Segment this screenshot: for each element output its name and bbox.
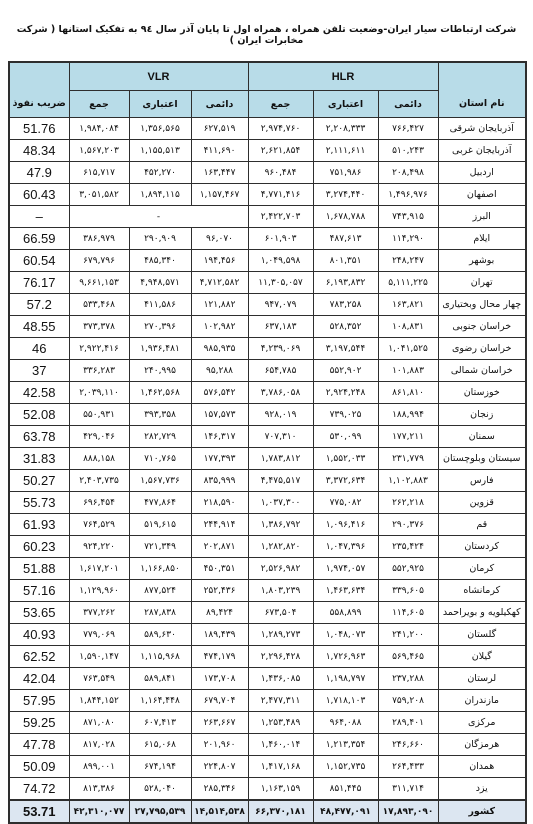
table-row: لرستان۲۳۷,۲۸۸۱,۱۹۸,۷۹۷۱,۴۳۶,۰۸۵۱۷۳,۷۰۸۵۸… (9, 668, 526, 690)
vlr-prepaid-cell: ۱,۹۳۶,۴۸۱ (129, 338, 191, 360)
column-header-hlr-permanent: دائمی (378, 91, 438, 118)
vlr-prepaid-cell: ۲۷,۷۹۵,۵۳۹ (129, 800, 191, 823)
province-name-cell: تهران (438, 272, 526, 294)
hlr-permanent-cell: ۸۶۱,۸۱۰ (378, 382, 438, 404)
vlr-permanent-cell: ۹۵,۲۸۸ (191, 360, 248, 382)
table-row: گیلان۵۶۹,۴۶۵۱,۷۲۶,۹۶۳۲,۲۹۶,۴۲۸۴۷۴,۱۷۹۱,۱… (9, 646, 526, 668)
hlr-sum-cell: ۶۳۷,۱۸۳ (248, 316, 313, 338)
table-row: همدان۲۶۴,۴۳۳۱,۱۵۲,۷۳۵۱,۴۱۷,۱۶۸۲۲۴,۸۰۷۶۷۴… (9, 756, 526, 778)
hlr-sum-cell: ۱,۴۱۷,۱۶۸ (248, 756, 313, 778)
penetration-rate-cell: 66.59 (9, 228, 69, 250)
penetration-rate-cell: 42.58 (9, 382, 69, 404)
penetration-rate-cell: 42.04 (9, 668, 69, 690)
table-row: سیستان وبلوچستان۲۳۱,۷۷۹۱,۵۵۲,۰۳۳۱,۷۸۳,۸۱… (9, 448, 526, 470)
vlr-sum-cell: ۷۶۳,۵۴۹ (69, 668, 129, 690)
table-row: یزد۳۱۱,۷۱۴۸۵۱,۴۴۵۱,۱۶۳,۱۵۹۲۸۵,۳۴۶۵۲۸,۰۴۰… (9, 778, 526, 801)
table-row: هرمزگان۲۴۶,۶۶۰۱,۲۱۳,۳۵۴۱,۴۶۰,۰۱۴۲۰۱,۹۶۰۶… (9, 734, 526, 756)
vlr-sum-cell: ۱,۶۱۷,۲۰۱ (69, 558, 129, 580)
vlr-sum-cell: ۵۳۳,۴۶۸ (69, 294, 129, 316)
vlr-prepaid-cell: ۱,۵۶۷,۷۳۶ (129, 470, 191, 492)
penetration-rate-cell: 48.55 (9, 316, 69, 338)
hlr-sum-cell: ۱,۲۸۹,۲۷۳ (248, 624, 313, 646)
hlr-prepaid-cell: ۸۰۱,۳۵۱ (313, 250, 378, 272)
table-row: آذربایجان شرقی۷۶۶,۴۲۷۲,۲۰۸,۳۳۳۲,۹۷۴,۷۶۰۶… (9, 118, 526, 140)
hlr-sum-cell: ۲,۵۲۶,۹۸۲ (248, 558, 313, 580)
vlr-sum-cell: ۳۷۳,۳۷۸ (69, 316, 129, 338)
province-name-cell: خراسان شمالی (438, 360, 526, 382)
hlr-sum-cell: ۹۶۰,۴۸۴ (248, 162, 313, 184)
hlr-sum-cell: ۶۷۳,۵۰۴ (248, 602, 313, 624)
vlr-permanent-cell: ۴۵۰,۳۵۱ (191, 558, 248, 580)
vlr-permanent-cell: ۱۲۱,۸۸۲ (191, 294, 248, 316)
column-header-hlr-sum: جمع (248, 91, 313, 118)
penetration-rate-cell: 37 (9, 360, 69, 382)
vlr-sum-cell: ۱,۸۴۴,۱۵۲ (69, 690, 129, 712)
table-body: آذربایجان شرقی۷۶۶,۴۲۷۲,۲۰۸,۳۳۳۲,۹۷۴,۷۶۰۶… (9, 118, 526, 824)
penetration-rate-cell: 76.17 (9, 272, 69, 294)
province-name-cell: البرز (438, 206, 526, 228)
table-row: زنجان۱۸۸,۹۹۴۷۳۹,۰۲۵۹۲۸,۰۱۹۱۵۷,۵۷۳۳۹۳,۳۵۸… (9, 404, 526, 426)
provinces-subscribers-table: نام استان HLR VLR ضریب نفوذ دائمی اعتبار… (8, 61, 527, 824)
table-row: اصفهان۱,۴۹۶,۹۷۶۳,۲۷۴,۴۴۰۴,۷۷۱,۴۱۶۱,۱۵۷,۴… (9, 184, 526, 206)
hlr-permanent-cell: ۲۴۱,۲۰۰ (378, 624, 438, 646)
vlr-prepaid-cell: ۱,۱۶۶,۸۵۰ (129, 558, 191, 580)
hlr-prepaid-cell: ۱,۰۴۸,۰۷۳ (313, 624, 378, 646)
hlr-sum-cell: ۶۶,۳۷۰,۱۸۱ (248, 800, 313, 823)
hlr-sum-cell: ۴,۲۳۹,۰۶۹ (248, 338, 313, 360)
province-name-cell: فارس (438, 470, 526, 492)
hlr-permanent-cell: ۱,۴۹۶,۹۷۶ (378, 184, 438, 206)
hlr-sum-cell: ۱,۴۶۰,۰۱۴ (248, 734, 313, 756)
vlr-sum-cell: ۲,۰۳۹,۱۱۰ (69, 382, 129, 404)
hlr-permanent-cell: ۵۶۹,۴۶۵ (378, 646, 438, 668)
vlr-sum-cell: ۷۷۹,۰۶۹ (69, 624, 129, 646)
hlr-sum-cell: ۲,۹۷۴,۷۶۰ (248, 118, 313, 140)
vlr-prepaid-cell: ۴۷۷,۸۶۴ (129, 492, 191, 514)
table-row: خراسان شمالی۱۰۱,۸۸۳۵۵۲,۹۰۲۶۵۴,۷۸۵۹۵,۲۸۸۲… (9, 360, 526, 382)
vlr-sum-cell: ۸۸۸,۱۵۸ (69, 448, 129, 470)
vlr-permanent-cell: ۵۷۶,۵۴۲ (191, 382, 248, 404)
table-row: خراسان رضوی۱,۰۴۱,۵۲۵۳,۱۹۷,۵۴۴۴,۲۳۹,۰۶۹۹۸… (9, 338, 526, 360)
hlr-permanent-cell: ۲۶۴,۴۳۳ (378, 756, 438, 778)
hlr-prepaid-cell: ۱,۲۱۳,۳۵۴ (313, 734, 378, 756)
hlr-sum-cell: ۱,۳۸۶,۷۹۲ (248, 514, 313, 536)
vlr-sum-cell: ۱,۵۶۷,۲۰۳ (69, 140, 129, 162)
penetration-rate-cell: 63.78 (9, 426, 69, 448)
column-group-vlr: VLR (69, 62, 248, 91)
penetration-rate-cell: 57.2 (9, 294, 69, 316)
penetration-rate-cell: 50.27 (9, 470, 69, 492)
vlr-prepaid-cell: ۲۴۰,۹۹۵ (129, 360, 191, 382)
hlr-permanent-cell: ۵۱۰,۲۴۳ (378, 140, 438, 162)
vlr-sum-cell: ۶۱۵,۷۱۷ (69, 162, 129, 184)
column-header-vlr-permanent: دائمی (191, 91, 248, 118)
column-header-province: نام استان (438, 62, 526, 118)
hlr-permanent-cell: ۷۵۹,۲۰۸ (378, 690, 438, 712)
column-header-penetration: ضریب نفوذ (9, 62, 69, 118)
province-name-cell: زنجان (438, 404, 526, 426)
hlr-permanent-cell: ۱۰۸,۸۳۱ (378, 316, 438, 338)
hlr-sum-cell: ۱,۰۳۷,۳۰۰ (248, 492, 313, 514)
hlr-permanent-cell: ۱۰۱,۸۸۳ (378, 360, 438, 382)
vlr-prepaid-cell: ۳۹۳,۳۵۸ (129, 404, 191, 426)
hlr-sum-cell: ۱,۸۰۳,۲۳۹ (248, 580, 313, 602)
penetration-rate-cell: 62.52 (9, 646, 69, 668)
vlr-permanent-cell: ۹۶,۰۷۰ (191, 228, 248, 250)
penetration-rate-cell: – (9, 206, 69, 228)
vlr-sum-cell: ۵۵۰,۹۳۱ (69, 404, 129, 426)
vlr-prepaid-cell: ۱,۴۶۲,۵۶۸ (129, 382, 191, 404)
country-total-row: کشور۱۷,۸۹۳,۰۹۰۴۸,۴۷۷,۰۹۱۶۶,۳۷۰,۱۸۱۱۴,۵۱۴… (9, 800, 526, 823)
vlr-prepaid-cell: ۷۱۰,۷۶۵ (129, 448, 191, 470)
hlr-permanent-cell: ۵,۱۱۱,۲۲۵ (378, 272, 438, 294)
vlr-prepaid-cell: ۴۵۲,۲۷۰ (129, 162, 191, 184)
vlr-permanent-cell: ۱۵۷,۵۷۳ (191, 404, 248, 426)
table-row: البرز۷۴۳,۹۱۵۱,۶۷۸,۷۸۸۲,۴۲۲,۷۰۳-– (9, 206, 526, 228)
table-row: کردستان۲۳۵,۴۲۴۱,۰۴۷,۳۹۶۱,۲۸۲,۸۲۰۲۰۲,۸۷۱۷… (9, 536, 526, 558)
hlr-sum-cell: ۱,۷۸۳,۸۱۲ (248, 448, 313, 470)
hlr-prepaid-cell: ۱,۱۹۸,۷۹۷ (313, 668, 378, 690)
vlr-permanent-cell: ۸۳۵,۹۹۹ (191, 470, 248, 492)
vlr-permanent-cell: ۲۰۱,۹۶۰ (191, 734, 248, 756)
hlr-prepaid-cell: ۵۵۲,۹۰۲ (313, 360, 378, 382)
hlr-prepaid-cell: ۷۵۱,۹۸۶ (313, 162, 378, 184)
province-name-cell: همدان (438, 756, 526, 778)
hlr-permanent-cell: ۷۶۶,۴۲۷ (378, 118, 438, 140)
hlr-sum-cell: ۱,۱۶۳,۱۵۹ (248, 778, 313, 801)
hlr-sum-cell: ۲,۲۹۶,۴۲۸ (248, 646, 313, 668)
vlr-prepaid-cell: ۲۸۲,۷۲۹ (129, 426, 191, 448)
page-title: شرکت ارتباطات سیار ایران-وضعیت تلفن همرا… (10, 24, 523, 46)
table-row: خوزستان۸۶۱,۸۱۰۲,۹۲۴,۲۴۸۳,۷۸۶,۰۵۸۵۷۶,۵۴۲۱… (9, 382, 526, 404)
province-name-cell: بوشهر (438, 250, 526, 272)
hlr-permanent-cell: ۳۱۱,۷۱۴ (378, 778, 438, 801)
hlr-sum-cell: ۲,۴۲۲,۷۰۳ (248, 206, 313, 228)
province-name-cell: لرستان (438, 668, 526, 690)
province-name-cell: سمنان (438, 426, 526, 448)
vlr-permanent-cell: ۶۷۹,۷۰۴ (191, 690, 248, 712)
province-name-cell: سیستان وبلوچستان (438, 448, 526, 470)
province-name-cell: آذربایجان شرقی (438, 118, 526, 140)
vlr-sum-cell: ۳,۰۵۱,۵۸۲ (69, 184, 129, 206)
table-row: خراسان جنوبی۱۰۸,۸۳۱۵۲۸,۳۵۲۶۳۷,۱۸۳۱۰۲,۹۸۲… (9, 316, 526, 338)
table-row: قزوین۲۶۲,۲۱۸۷۷۵,۰۸۲۱,۰۳۷,۳۰۰۲۱۸,۵۹۰۴۷۷,۸… (9, 492, 526, 514)
vlr-prepaid-cell: ۲۸۷,۸۳۸ (129, 602, 191, 624)
hlr-prepaid-cell: ۱,۶۷۸,۷۸۸ (313, 206, 378, 228)
province-name-cell: خراسان جنوبی (438, 316, 526, 338)
vlr-sum-cell: ۱,۹۸۴,۰۸۴ (69, 118, 129, 140)
hlr-sum-cell: ۱۱,۳۰۵,۰۵۷ (248, 272, 313, 294)
vlr-sum-cell: ۲,۴۰۳,۷۳۵ (69, 470, 129, 492)
vlr-sum-cell: ۳۸۶,۹۷۹ (69, 228, 129, 250)
table-row: کرمانشاه۳۳۹,۶۰۵۱,۴۶۳,۶۳۴۱,۸۰۳,۲۳۹۲۵۲,۴۳۶… (9, 580, 526, 602)
hlr-permanent-cell: ۲۰۸,۴۹۸ (378, 162, 438, 184)
hlr-prepaid-cell: ۵۵۸,۸۹۹ (313, 602, 378, 624)
column-header-vlr-sum: جمع (69, 91, 129, 118)
table-row: سمنان۱۷۷,۲۱۱۵۳۰,۰۹۹۷۰۷,۳۱۰۱۴۶,۳۱۷۲۸۲,۷۲۹… (9, 426, 526, 448)
province-name-cell: آذربایجان غربی (438, 140, 526, 162)
province-name-cell: قزوین (438, 492, 526, 514)
province-name-cell: کردستان (438, 536, 526, 558)
province-name-cell: اردبیل (438, 162, 526, 184)
hlr-permanent-cell: ۱,۱۰۲,۸۸۳ (378, 470, 438, 492)
hlr-sum-cell: ۷۰۷,۳۱۰ (248, 426, 313, 448)
penetration-rate-cell: 40.93 (9, 624, 69, 646)
vlr-permanent-cell: ۲۰۲,۸۷۱ (191, 536, 248, 558)
vlr-permanent-cell: ۲۵۲,۴۳۶ (191, 580, 248, 602)
province-name-cell: گیلان (438, 646, 526, 668)
vlr-permanent-cell: ۱۴,۵۱۴,۵۳۸ (191, 800, 248, 823)
hlr-prepaid-cell: ۳,۱۹۷,۵۴۴ (313, 338, 378, 360)
vlr-sum-cell: ۹,۶۶۱,۱۵۳ (69, 272, 129, 294)
penetration-rate-cell: 47.9 (9, 162, 69, 184)
table-header: نام استان HLR VLR ضریب نفوذ دائمی اعتبار… (9, 62, 526, 118)
vlr-sum-cell: ۱,۱۲۹,۹۶۰ (69, 580, 129, 602)
vlr-prepaid-cell: ۱,۱۵۵,۵۱۳ (129, 140, 191, 162)
vlr-permanent-cell: ۶۲۷,۵۱۹ (191, 118, 248, 140)
vlr-permanent-cell: ۲۲۴,۸۰۷ (191, 756, 248, 778)
hlr-prepaid-cell: ۱,۰۴۷,۳۹۶ (313, 536, 378, 558)
hlr-permanent-cell: ۲۳۵,۴۲۴ (378, 536, 438, 558)
vlr-permanent-cell: ۲۸۵,۳۴۶ (191, 778, 248, 801)
hlr-prepaid-cell: ۴۸,۴۷۷,۰۹۱ (313, 800, 378, 823)
hlr-permanent-cell: ۲۶۲,۲۱۸ (378, 492, 438, 514)
column-header-vlr-prepaid: اعتباری (129, 91, 191, 118)
vlr-prepaid-cell: ۱,۳۵۶,۵۶۵ (129, 118, 191, 140)
table-row: ایلام۱۱۴,۲۹۰۴۸۷,۶۱۳۶۰۱,۹۰۳۹۶,۰۷۰۲۹۰,۹۰۹۳… (9, 228, 526, 250)
province-name-cell: گلستان (438, 624, 526, 646)
province-name-cell: کرمانشاه (438, 580, 526, 602)
table-row: قم۲۹۰,۳۷۶۱,۰۹۶,۴۱۶۱,۳۸۶,۷۹۲۲۴۴,۹۱۴۵۱۹,۶۱… (9, 514, 526, 536)
penetration-rate-cell: 60.23 (9, 536, 69, 558)
hlr-sum-cell: ۹۴۷,۰۷۹ (248, 294, 313, 316)
hlr-prepaid-cell: ۱,۵۵۲,۰۳۳ (313, 448, 378, 470)
penetration-rate-cell: 47.78 (9, 734, 69, 756)
vlr-prepaid-cell: ۷۲۱,۳۴۹ (129, 536, 191, 558)
hlr-permanent-cell: ۲۹۰,۳۷۶ (378, 514, 438, 536)
vlr-sum-cell: ۴۲۹,۰۴۶ (69, 426, 129, 448)
hlr-prepaid-cell: ۷۷۵,۰۸۲ (313, 492, 378, 514)
vlr-prepaid-cell: ۱,۱۱۵,۹۶۸ (129, 646, 191, 668)
hlr-sum-cell: ۱,۴۳۶,۰۸۵ (248, 668, 313, 690)
penetration-rate-cell: 60.54 (9, 250, 69, 272)
hlr-sum-cell: ۹۲۸,۰۱۹ (248, 404, 313, 426)
vlr-permanent-cell: ۱۸۹,۴۳۹ (191, 624, 248, 646)
hlr-prepaid-cell: ۱,۱۵۲,۷۳۵ (313, 756, 378, 778)
hlr-sum-cell: ۲,۶۲۱,۸۵۴ (248, 140, 313, 162)
vlr-prepaid-cell: ۵۸۹,۶۳۰ (129, 624, 191, 646)
province-name-cell: کشور (438, 800, 526, 823)
table-row: آذربایجان غربی۵۱۰,۲۴۳۲,۱۱۱,۶۱۱۲,۶۲۱,۸۵۴۴… (9, 140, 526, 162)
penetration-rate-cell: 53.71 (9, 800, 69, 823)
penetration-rate-cell: 61.93 (9, 514, 69, 536)
table-row: بوشهر۲۴۸,۲۴۷۸۰۱,۳۵۱۱,۰۴۹,۵۹۸۱۹۴,۴۵۶۴۸۵,۳… (9, 250, 526, 272)
hlr-prepaid-cell: ۷۸۳,۲۵۸ (313, 294, 378, 316)
table-row: فارس۱,۱۰۲,۸۸۳۳,۳۷۲,۶۳۴۴,۴۷۵,۵۱۷۸۳۵,۹۹۹۱,… (9, 470, 526, 492)
vlr-sum-cell: ۸۱۳,۳۸۶ (69, 778, 129, 801)
hlr-prepaid-cell: ۶,۱۹۳,۸۳۲ (313, 272, 378, 294)
penetration-rate-cell: 57.16 (9, 580, 69, 602)
hlr-permanent-cell: ۷۴۳,۹۱۵ (378, 206, 438, 228)
province-name-cell: یزد (438, 778, 526, 801)
vlr-permanent-cell: ۹۸۵,۹۳۵ (191, 338, 248, 360)
hlr-sum-cell: ۳,۷۸۶,۰۵۸ (248, 382, 313, 404)
vlr-prepaid-cell: ۱,۸۹۴,۱۱۵ (129, 184, 191, 206)
penetration-rate-cell: 59.25 (9, 712, 69, 734)
penetration-rate-cell: 48.34 (9, 140, 69, 162)
vlr-permanent-cell: ۱۹۴,۴۵۶ (191, 250, 248, 272)
vlr-sum-cell: ۸۷۱,۰۸۰ (69, 712, 129, 734)
vlr-permanent-cell: ۲۱۸,۵۹۰ (191, 492, 248, 514)
vlr-sum-cell: ۴۲,۳۱۰,۰۷۷ (69, 800, 129, 823)
vlr-prepaid-cell: ۴۱۱,۵۸۶ (129, 294, 191, 316)
penetration-rate-cell: 31.83 (9, 448, 69, 470)
vlr-sum-cell: ۳۳۶,۲۸۳ (69, 360, 129, 382)
vlr-sum-cell: ۲,۹۲۲,۴۱۶ (69, 338, 129, 360)
vlr-prepaid-cell: ۴۸۵,۳۴۰ (129, 250, 191, 272)
penetration-rate-cell: 53.65 (9, 602, 69, 624)
vlr-permanent-cell: ۱۷۳,۷۰۸ (191, 668, 248, 690)
province-name-cell: خراسان رضوی (438, 338, 526, 360)
hlr-permanent-cell: ۱۸۸,۹۹۴ (378, 404, 438, 426)
vlr-sum-cell: ۹۲۴,۲۲۰ (69, 536, 129, 558)
vlr-sum-cell: ۶۹۶,۴۵۴ (69, 492, 129, 514)
table-row: چهار محال وبختیاری۱۶۳,۸۲۱۷۸۳,۲۵۸۹۴۷,۰۷۹۱… (9, 294, 526, 316)
hlr-prepaid-cell: ۱,۴۶۳,۶۳۴ (313, 580, 378, 602)
hlr-sum-cell: ۶۰۱,۹۰۳ (248, 228, 313, 250)
hlr-permanent-cell: ۱۱۴,۶۰۵ (378, 602, 438, 624)
vlr-prepaid-cell: ۶۷۴,۱۹۴ (129, 756, 191, 778)
hlr-permanent-cell: ۲۴۶,۶۶۰ (378, 734, 438, 756)
province-name-cell: قم (438, 514, 526, 536)
table-row: مازندران۷۵۹,۲۰۸۱,۷۱۸,۱۰۳۲,۴۷۷,۳۱۱۶۷۹,۷۰۴… (9, 690, 526, 712)
hlr-prepaid-cell: ۲,۲۰۸,۳۳۳ (313, 118, 378, 140)
vlr-prepaid-cell: ۸۷۷,۵۲۴ (129, 580, 191, 602)
province-name-cell: کرمان (438, 558, 526, 580)
province-name-cell: مرکزی (438, 712, 526, 734)
vlr-merged-empty-cell: - (69, 206, 248, 228)
vlr-prepaid-cell: ۴,۹۴۸,۵۷۱ (129, 272, 191, 294)
column-group-hlr: HLR (248, 62, 438, 91)
hlr-prepaid-cell: ۵۲۸,۳۵۲ (313, 316, 378, 338)
hlr-permanent-cell: ۲۴۸,۲۴۷ (378, 250, 438, 272)
hlr-sum-cell: ۱,۲۵۳,۴۸۹ (248, 712, 313, 734)
province-name-cell: خوزستان (438, 382, 526, 404)
vlr-prepaid-cell: ۱,۱۶۴,۴۴۸ (129, 690, 191, 712)
vlr-prepaid-cell: ۲۹۰,۹۰۹ (129, 228, 191, 250)
penetration-rate-cell: 50.09 (9, 756, 69, 778)
hlr-permanent-cell: ۱۷۷,۲۱۱ (378, 426, 438, 448)
hlr-prepaid-cell: ۳,۳۷۲,۶۳۴ (313, 470, 378, 492)
province-name-cell: هرمزگان (438, 734, 526, 756)
vlr-sum-cell: ۸۹۹,۰۰۱ (69, 756, 129, 778)
vlr-permanent-cell: ۸۹,۴۲۴ (191, 602, 248, 624)
table-row: کرمان۵۵۲,۹۲۵۱,۹۷۴,۰۵۷۲,۵۲۶,۹۸۲۴۵۰,۳۵۱۱,۱… (9, 558, 526, 580)
province-name-cell: ایلام (438, 228, 526, 250)
hlr-permanent-cell: ۱۷,۸۹۳,۰۹۰ (378, 800, 438, 823)
vlr-permanent-cell: ۱,۱۵۷,۴۶۷ (191, 184, 248, 206)
penetration-rate-cell: 52.08 (9, 404, 69, 426)
hlr-prepaid-cell: ۷۳۹,۰۲۵ (313, 404, 378, 426)
vlr-prepaid-cell: ۲۷۰,۳۹۶ (129, 316, 191, 338)
hlr-sum-cell: ۱,۰۴۹,۵۹۸ (248, 250, 313, 272)
penetration-rate-cell: 55.73 (9, 492, 69, 514)
hlr-permanent-cell: ۲۸۹,۴۰۱ (378, 712, 438, 734)
vlr-sum-cell: ۱,۵۹۰,۱۴۷ (69, 646, 129, 668)
hlr-permanent-cell: ۲۳۱,۷۷۹ (378, 448, 438, 470)
vlr-prepaid-cell: ۶۰۷,۴۱۳ (129, 712, 191, 734)
hlr-prepaid-cell: ۱,۷۱۸,۱۰۳ (313, 690, 378, 712)
penetration-rate-cell: 51.76 (9, 118, 69, 140)
vlr-permanent-cell: ۲۴۴,۹۱۴ (191, 514, 248, 536)
hlr-prepaid-cell: ۱,۷۲۶,۹۶۳ (313, 646, 378, 668)
penetration-rate-cell: 46 (9, 338, 69, 360)
hlr-prepaid-cell: ۹۶۴,۰۸۸ (313, 712, 378, 734)
vlr-sum-cell: ۳۷۷,۲۶۲ (69, 602, 129, 624)
penetration-rate-cell: 74.72 (9, 778, 69, 801)
hlr-permanent-cell: ۱,۰۴۱,۵۲۵ (378, 338, 438, 360)
vlr-permanent-cell: ۲۶۳,۶۶۷ (191, 712, 248, 734)
hlr-permanent-cell: ۱۱۴,۲۹۰ (378, 228, 438, 250)
vlr-sum-cell: ۸۱۷,۰۲۸ (69, 734, 129, 756)
hlr-permanent-cell: ۲۳۷,۲۸۸ (378, 668, 438, 690)
vlr-sum-cell: ۷۶۴,۵۲۹ (69, 514, 129, 536)
hlr-prepaid-cell: ۲,۱۱۱,۶۱۱ (313, 140, 378, 162)
vlr-permanent-cell: ۱۷۷,۳۹۳ (191, 448, 248, 470)
vlr-permanent-cell: ۴,۷۱۲,۵۸۲ (191, 272, 248, 294)
hlr-prepaid-cell: ۲,۹۲۴,۲۴۸ (313, 382, 378, 404)
column-header-hlr-prepaid: اعتباری (313, 91, 378, 118)
penetration-rate-cell: 60.43 (9, 184, 69, 206)
hlr-prepaid-cell: ۱,۹۷۴,۰۵۷ (313, 558, 378, 580)
penetration-rate-cell: 51.88 (9, 558, 69, 580)
hlr-sum-cell: ۱,۲۸۲,۸۲۰ (248, 536, 313, 558)
vlr-permanent-cell: ۴۷۴,۱۷۹ (191, 646, 248, 668)
province-name-cell: کهکیلویه و بویراحمد (438, 602, 526, 624)
vlr-permanent-cell: ۴۱۱,۶۹۰ (191, 140, 248, 162)
vlr-permanent-cell: ۱۰۲,۹۸۲ (191, 316, 248, 338)
vlr-permanent-cell: ۱۶۳,۴۴۷ (191, 162, 248, 184)
hlr-prepaid-cell: ۸۵۱,۴۴۵ (313, 778, 378, 801)
hlr-permanent-cell: ۳۳۹,۶۰۵ (378, 580, 438, 602)
hlr-permanent-cell: ۱۶۳,۸۲۱ (378, 294, 438, 316)
hlr-permanent-cell: ۵۵۲,۹۲۵ (378, 558, 438, 580)
vlr-prepaid-cell: ۶۱۵,۰۶۸ (129, 734, 191, 756)
table-row: کهکیلویه و بویراحمد۱۱۴,۶۰۵۵۵۸,۸۹۹۶۷۳,۵۰۴… (9, 602, 526, 624)
vlr-sum-cell: ۶۷۹,۷۹۶ (69, 250, 129, 272)
table-row: اردبیل۲۰۸,۴۹۸۷۵۱,۹۸۶۹۶۰,۴۸۴۱۶۳,۴۴۷۴۵۲,۲۷… (9, 162, 526, 184)
penetration-rate-cell: 57.95 (9, 690, 69, 712)
vlr-permanent-cell: ۱۴۶,۳۱۷ (191, 426, 248, 448)
hlr-prepaid-cell: ۵۳۰,۰۹۹ (313, 426, 378, 448)
vlr-prepaid-cell: ۵۸۹,۸۴۱ (129, 668, 191, 690)
hlr-prepaid-cell: ۳,۲۷۴,۴۴۰ (313, 184, 378, 206)
province-name-cell: اصفهان (438, 184, 526, 206)
hlr-sum-cell: ۶۵۴,۷۸۵ (248, 360, 313, 382)
hlr-prepaid-cell: ۱,۰۹۶,۴۱۶ (313, 514, 378, 536)
province-name-cell: چهار محال وبختیاری (438, 294, 526, 316)
table-row: مرکزی۲۸۹,۴۰۱۹۶۴,۰۸۸۱,۲۵۳,۴۸۹۲۶۳,۶۶۷۶۰۷,۴… (9, 712, 526, 734)
table-row: گلستان۲۴۱,۲۰۰۱,۰۴۸,۰۷۳۱,۲۸۹,۲۷۳۱۸۹,۴۳۹۵۸… (9, 624, 526, 646)
table-row: تهران۵,۱۱۱,۲۲۵۶,۱۹۳,۸۳۲۱۱,۳۰۵,۰۵۷۴,۷۱۲,۵… (9, 272, 526, 294)
hlr-sum-cell: ۴,۷۷۱,۴۱۶ (248, 184, 313, 206)
hlr-sum-cell: ۲,۴۷۷,۳۱۱ (248, 690, 313, 712)
hlr-prepaid-cell: ۴۸۷,۶۱۳ (313, 228, 378, 250)
province-name-cell: مازندران (438, 690, 526, 712)
vlr-prepaid-cell: ۵۲۸,۰۴۰ (129, 778, 191, 801)
hlr-sum-cell: ۴,۴۷۵,۵۱۷ (248, 470, 313, 492)
vlr-prepaid-cell: ۵۱۹,۶۱۵ (129, 514, 191, 536)
